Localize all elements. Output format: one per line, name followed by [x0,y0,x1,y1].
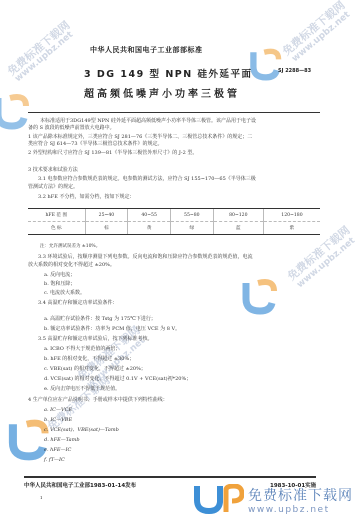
curve-item: a. IC—VCE [44,407,72,414]
curve-item: c. VCE(sat)、VBE(sat)—Tamb [44,427,119,434]
section-4-heading: 4 生产单位应在产品说明书、手册或样本中提供下列特性曲线： [28,397,168,404]
issuing-organization: 中华人民共和国电子工业部部标准 [90,45,203,55]
page-number: 1 [40,495,43,500]
document-page: 免费标准下载网 www.upbz.net 免费标准下载网 www.upbz.ne… [0,0,360,514]
up-logo-icon [192,484,244,514]
table-cell: 120~180 [263,209,320,222]
list-item: a. 高温贮存试验条件：按 Tstg 为 175℃下进行； [44,316,156,323]
list-item: c. 电流放大系数。 [44,290,85,297]
list-item: a. ICBO 不得大于规范值的两倍； [44,346,120,353]
table-header-cell: 色 标 [28,222,85,235]
brand-watermark: 免费标准下载网 www.upbz.net [248,485,353,514]
hfe-color-table: hFE 范 围 25~40 40~55 55~80 80~120 120~180… [28,208,320,235]
curve-item: d. hFE—Tamb [44,437,80,444]
section-3-4-heading: 3.4 高温贮存和额定功率试验条件： [38,300,118,307]
section-3-3: 3.3 环境试验后，按顺序测量下列电参数。反向电流和饱和压降应符合参数规范表的规… [38,254,253,261]
table-cell: 40~55 [128,209,171,222]
section-3-3: 放大系数的相对变化不得超过 ±20%。 [28,262,115,269]
list-item: b. hFE 的相对变化，不得超过 ±30%； [44,356,134,363]
brand-name: 免费标准下载网 [248,485,353,505]
list-item: c. VBE(sat) 的相对变化，不得超过 ±20%； [44,366,146,373]
table-cell: 绿 [170,222,213,235]
brand-url: www.upbz.net [248,505,353,514]
list-item: d. VCE(sat) 的相对变化，不得超过 0.1V + VCE(sat)初*… [44,376,191,383]
clause-1: 类应符合 SJ 614—73《半导体三极管总技术条件》的规定。 [28,141,163,148]
up-logo-icon [248,45,284,81]
table-cell: 55~80 [170,209,213,222]
footer-divider [24,476,316,478]
table-cell: 蓝 [213,222,263,235]
document-title-line1: 3 DG 149 型 NPN 硅外延平面 [84,66,253,80]
curve-item: e. hFE—IC [44,447,71,454]
list-item: e. 反向击穿电压不得低于规范值。 [44,386,120,393]
header-divider [28,112,320,113]
table-cell: 黄 [128,222,171,235]
table-cell: 棕 [85,222,128,235]
list-item: b. 额定功率试验条件：功率为 PCM 值，电压 VCE 为 8 V。 [44,326,180,333]
standard-code: SJ 2288—83 [278,68,311,74]
clause-3-heading: 3 技术要求和试验方法 [28,167,78,174]
issue-date: 中华人民共和国电子工业部1983-01-14发布 [24,481,136,489]
clause-3-1: 3.1 电参数应符合参数规范表的规定。电参数的测试方法，应符合 SJ 155~1… [38,176,256,183]
clause-2: 2 外型结构和尺寸应符合 SJ 139—81《半导体三极管外形尺寸》的 J-2 … [28,150,197,157]
list-item: a. 反向电流； [44,272,75,279]
clause-1: 1 该产品除本标准规定外，三类应符合 SJ 281—76《三类半导体二、三极管总… [28,134,252,141]
table-cell: 紫 [263,222,320,235]
curve-item: b. IC—VBE [44,417,72,424]
table-cell: 80~120 [213,209,263,222]
clause-3-2: 3.2 hFE 不分档，如需分档，按如下规定： [38,194,134,201]
intro-text: 本标准适用于3DG149型 NPN 硅外延平面超高频低噪声小功率半导体三极管。该… [40,118,256,125]
table-cell: 25~40 [85,209,128,222]
table-note: 注：允许测试误差为 ±10%。 [40,243,100,250]
clause-3-1: 管测试方法》的规定。 [28,184,78,191]
up-logo-icon [240,275,280,315]
up-logo-icon [0,90,32,130]
document-title-line2: 超高频低噪声小功率三极管 [84,85,240,100]
list-item: b. 饱和压降； [44,281,75,288]
table-header-cell: hFE 范 围 [28,209,85,222]
section-3-5-heading: 3.5 高温贮存和额定功率试验后，按下列标准考核。 [38,336,153,343]
intro-text: 备的 S 波段的低噪声前置放大电路中。 [28,125,115,132]
curve-item: f. fT—IC [44,457,65,464]
